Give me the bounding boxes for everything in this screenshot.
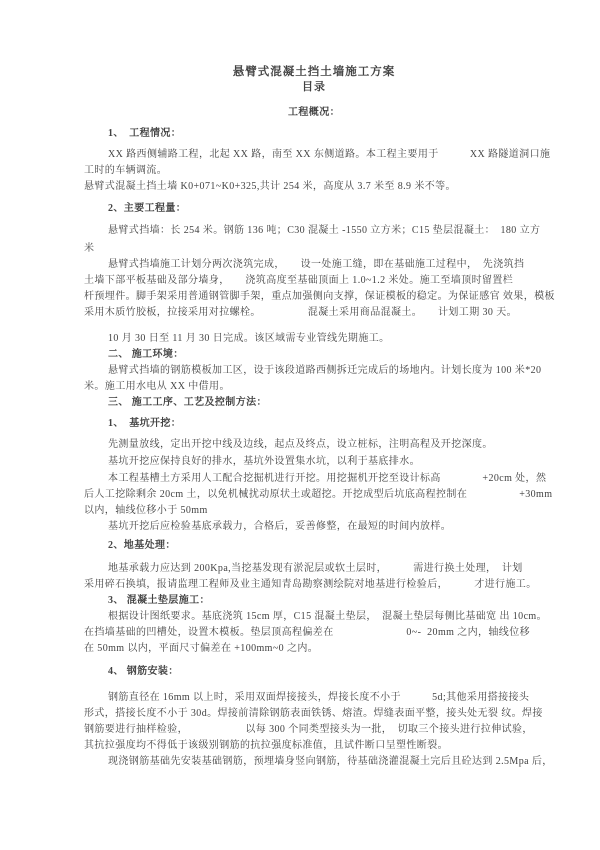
document-line: 形式，搭接长度不小于 30d。焊接前清除钢筋表面铁锈、熔渣。焊缝表面平整，接头处… (84, 706, 544, 722)
document-line: 米 (84, 241, 544, 257)
document-line: 杆预埋件。脚手架采用普通钢管脚手架，重点加强侧向支撑，保证模板的稳定。为保证感官… (84, 289, 544, 305)
document-line: 悬臂式混凝土挡土墙 K0+071~K0+325,共计 254 米，高度从 3.7… (84, 179, 544, 195)
document-line: 在 50mm 以内，平面尺寸偏差在 +100mm~0 之内。 (84, 641, 544, 657)
document-line: 基坑开挖应保持良好的排水，基坑外设置集水坑，以利于基底排水。 (84, 454, 544, 470)
document-line: 悬臂式挡墙施工计划分两次浇筑完成， 设一处施工缝，即在基础施工过程中， 先浇筑挡 (84, 257, 544, 273)
document-line: 先测量放线，定出开挖中线及边线，起点及终点，设立桩标，注明高程及开挖深度。 (84, 437, 544, 453)
document-page: 悬臂式混凝土挡土墙施工方案 目录 工程概况：1、 工程情况：XX 路西侧辅路工程… (0, 0, 600, 850)
document-line: 土墙下部平板基础及部分墙身， 浇筑高度至基础顶面上 1.0~1.2 米处。施工至… (84, 273, 544, 289)
document-line: 采用碎石换填，报请监理工程师及业主通知青岛勘察测绘院对地基进行检验后， 才进行施… (84, 577, 544, 593)
document-line: 工程概况： (84, 105, 544, 121)
document-line: 以内，轴线位移小于 50mm (84, 503, 544, 519)
document-line: 其抗拉强度均不得低于该级别钢筋的抗拉强度标准值，且试件断口呈塑性断裂。 (84, 738, 544, 754)
document-line: 悬臂式挡墙：长 254 米。钢筋 136 吨；C30 混凝土 -1550 立方米… (84, 223, 544, 239)
document-line: 1、 工程情况： (84, 126, 544, 142)
document-toc-label: 目录 (84, 80, 544, 95)
document-line: 采用木质竹胶板，拉接采用对拉螺栓。 混凝土采用商品混凝土。 计划工期 30 天。 (84, 305, 544, 321)
document-content: 悬臂式混凝土挡土墙施工方案 目录 工程概况：1、 工程情况：XX 路西侧辅路工程… (84, 64, 544, 770)
document-line: 2、地基处理： (84, 538, 544, 554)
document-line: 三、 施工工序、工艺及控制方法： (84, 395, 544, 411)
document-line: 3、 混凝土垫层施工： (84, 593, 544, 609)
document-line: 2、主要工程量： (84, 201, 544, 217)
document-line: 米。施工用水电从 XX 中借用。 (84, 379, 544, 395)
document-line: 钢筋要进行抽样检验， 以每 300 个同类型接头为一批， 切取三个接头进行拉伸试… (84, 722, 544, 738)
document-line: XX 路西侧辅路工程，北起 XX 路，南至 XX 东侧道路。本工程主要用于 XX… (84, 147, 544, 163)
document-line: 后人工挖除剩余 20cm 土，以免机械扰动原状土或超挖。开挖成型后坑底高程控制在… (84, 487, 544, 503)
document-title: 悬臂式混凝土挡土墙施工方案 (84, 64, 544, 80)
document-line: 4、 钢筋安装： (84, 664, 544, 680)
document-line: 基坑开挖后应检验基底承载力，合格后，妥善修整，在最短的时间内放样。 (84, 519, 544, 535)
document-line: 二、 施工环境： (84, 347, 544, 363)
document-line: 悬臂式挡墙的钢筋模板加工区，设于该段道路西侧拆迁完成后的场地内。计划长度为 10… (84, 363, 544, 379)
document-line: 钢筋直径在 16mm 以上时，采用双面焊接接头，焊接长度不小于 5d;其他采用搭… (84, 690, 544, 706)
document-line: 根据设计图纸要求。基底浇筑 15cm 厚，C15 混凝土垫层， 混凝土垫层每侧比… (84, 609, 544, 625)
document-line: 在挡墙基础的凹槽处，设置木模板。垫层顶高程偏差在 0~- 20mm 之内，轴线位… (84, 625, 544, 641)
document-line: 10 月 30 日至 11 月 30 日完成。该区域需专业管线先期施工。 (84, 331, 544, 347)
document-body: 工程概况：1、 工程情况：XX 路西侧辅路工程，北起 XX 路，南至 XX 东侧… (84, 105, 544, 770)
document-line: 1、 基坑开挖： (84, 416, 544, 432)
document-line: 工时的车辆调流。 (84, 163, 544, 179)
document-line: 本工程基槽土方采用人工配合挖掘机进行开挖。用挖掘机开挖至设计标高 +20cm 处… (84, 471, 544, 487)
document-line: 地基承载力应达到 200Kpa,当挖基发现有淤泥层或软土层时， 需进行换土处理，… (84, 561, 544, 577)
document-line: 现浇钢筋基础先安装基础钢筋，预埋墙身竖向钢筋，待基础浇灌混凝土完后且砼达到 2.… (84, 754, 544, 770)
